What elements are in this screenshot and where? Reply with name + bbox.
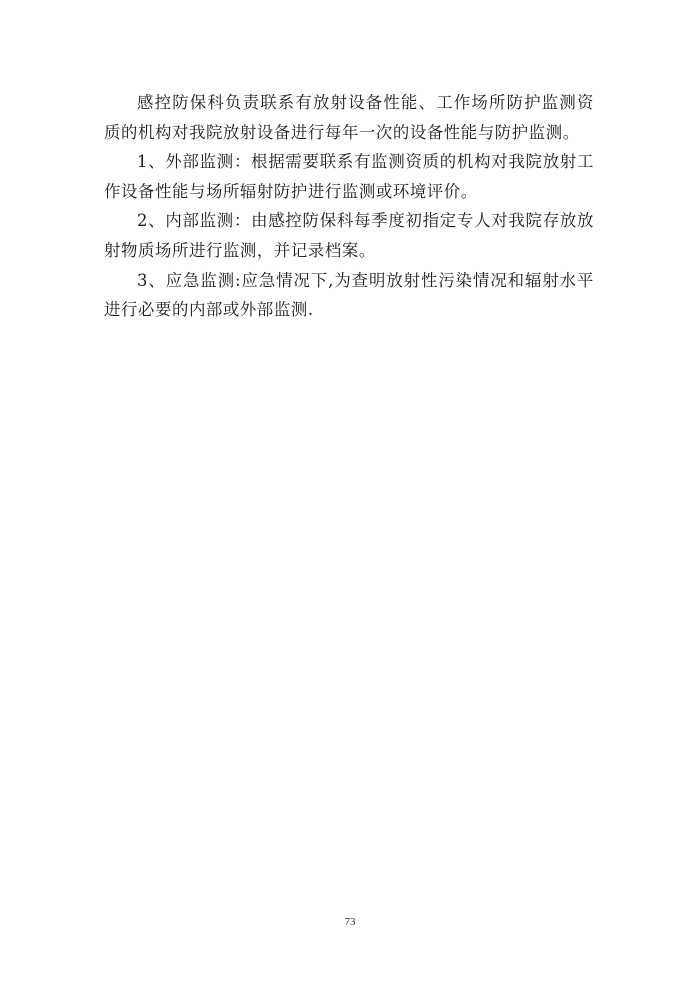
internal-monitoring-paragraph: 2、内部监测：由感控防保科每季度初指定专人对我院存放放射物质场所进行监测，并记录…: [104, 206, 594, 265]
external-monitoring-paragraph: 1、外部监测：根据需要联系有监测资质的机构对我院放射工作设备性能与场所辐射防护进…: [104, 147, 594, 206]
intro-paragraph: 感控防保科负责联系有放射设备性能、工作场所防护监测资质的机构对我院放射设备进行每…: [104, 88, 594, 147]
page-number: 73: [0, 916, 700, 928]
document-page: 感控防保科负责联系有放射设备性能、工作场所防护监测资质的机构对我院放射设备进行每…: [0, 0, 700, 990]
emergency-monitoring-paragraph: 3、应急监测:应急情况下,为查明放射性污染情况和辐射水平进行必要的内部或外部监测…: [104, 266, 594, 325]
document-body: 感控防保科负责联系有放射设备性能、工作场所防护监测资质的机构对我院放射设备进行每…: [104, 88, 594, 325]
